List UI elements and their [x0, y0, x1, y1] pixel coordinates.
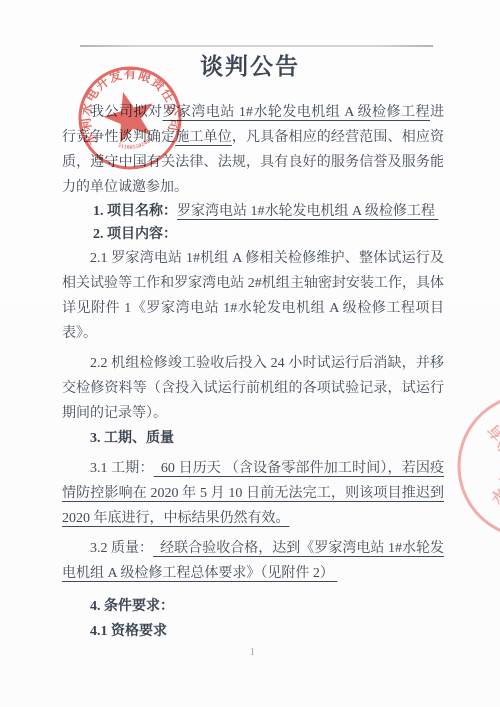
- header-rule: [80, 45, 433, 47]
- document-body: 我公司拟对罗家湾电站 1#水轮发电机组 A 级检修工程进行竞争性谈判确定施工单位…: [62, 100, 444, 644]
- text-segment: 2.1 罗家湾电站 1#机组 A 修相关检修维护、整体试运行及相关试验等工作和罗…: [62, 251, 444, 341]
- intro-paragraph: 我公司拟对罗家湾电站 1#水轮发电机组 A 级检修工程进行竞争性谈判确定施工单位…: [62, 100, 444, 200]
- heading-4-1: 4.1 资格要求: [62, 619, 444, 644]
- paragraph-3-1: 3.1 工期： 60 日历天 （含设备零部件加工时间），若因疫情防控影响在 20…: [62, 456, 444, 531]
- page-number: 1: [250, 647, 255, 658]
- page-title: 谈判公告: [0, 50, 500, 84]
- text-segment: 1. 项目名称：: [93, 204, 177, 219]
- text-segment: 我公司拟对: [90, 105, 162, 120]
- text-segment: 3.2 质量：: [90, 541, 153, 556]
- text-segment: 罗家湾电站 1#水轮发电机组 A 级检修工程: [177, 204, 438, 219]
- paragraph-3-2: 3.2 质量： 经联合验收合格，达到《罗家湾电站 1#水轮发电机组 A 级检修工…: [62, 536, 444, 586]
- text-segment: 4. 条件要求：: [90, 599, 174, 614]
- text-segment: 施工单位: [175, 130, 232, 145]
- heading-4: 4. 条件要求：: [62, 594, 444, 619]
- heading-3: 3. 工期、质量: [62, 426, 444, 451]
- partial-seal-ring: [448, 384, 500, 549]
- text-segment: 3.1 工期：: [90, 461, 154, 476]
- text-segment: 2. 项目内容：: [93, 227, 177, 242]
- item-project-name: 1. 项目名称：罗家湾电站 1#水轮发电机组 A 级检修工程: [93, 200, 444, 223]
- paragraph-2-1: 2.1 罗家湾电站 1#机组 A 修相关检修维护、整体试运行及相关试验等工作和罗…: [62, 246, 444, 346]
- paragraph-2-2: 2.2 机组检修竣工验收后投入 24 小时试运行后消缺，并移交检修资料等（含投入…: [62, 351, 444, 426]
- text-segment: 2.2 机组检修竣工验收后投入 24 小时试运行后消缺，并移交检修资料等（含投入…: [62, 356, 444, 421]
- item-project-content: 2. 项目内容：: [93, 223, 444, 246]
- text-segment: 3. 工期、质量: [90, 431, 174, 446]
- partial-seal-text: 水电开发有: [475, 415, 500, 510]
- text-segment: 4.1 资格要求: [90, 624, 167, 639]
- text-segment: 罗家湾电站 1#水轮发电机组 A 级检修工程: [162, 105, 430, 120]
- partial-seal-stamp: 水电开发有: [440, 380, 500, 555]
- scanned-document-page: 谈判公告 我公司拟对罗家湾电站 1#水轮发电机组 A 级检修工程进行竞争性谈判确…: [0, 0, 500, 707]
